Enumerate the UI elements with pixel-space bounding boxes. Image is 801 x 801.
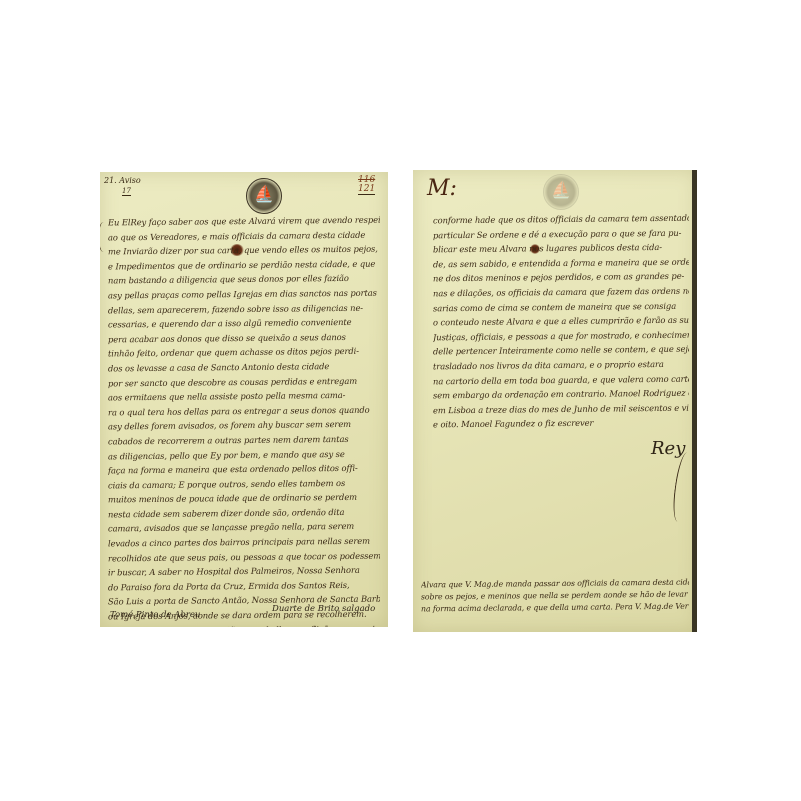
manuscript-left-page: 21. Aviso 17 ⛵ 116 121 Eu ElRey faço sab… — [100, 172, 388, 627]
header-note: 21. Aviso — [104, 176, 141, 185]
right-page-bottom-text: Alvara que V. Mag.de manda passar aos of… — [421, 578, 689, 614]
margin-mark: M: — [427, 176, 457, 201]
right-page-text: conforme hade que os ditos officiais da … — [433, 212, 689, 431]
header-sub-note: 17 — [122, 187, 131, 196]
ship-seal-icon: ⛵ — [246, 178, 282, 214]
text-line: na forma acima declarada, e que della um… — [421, 601, 689, 616]
signature-right: Duarte de Brito salgado — [272, 604, 375, 614]
left-page-text: Eu ElRey faço saber aos que este Alvará … — [108, 214, 380, 627]
folio-number: 116 121 — [358, 176, 375, 195]
royal-signature: Rey — [651, 438, 685, 459]
folio-number-bottom: 121 — [358, 185, 375, 195]
signature-left: Tomé Pinto de Abreu — [110, 610, 200, 620]
ship-seal-faint-icon: ⛵ — [543, 174, 579, 210]
text-line: e oito. Manoel Fagundez o fiz escrever — [433, 415, 689, 432]
manuscript-right-page: M: ⛵ conforme hade que os ditos officiai… — [413, 170, 697, 632]
page-edge — [692, 170, 697, 632]
